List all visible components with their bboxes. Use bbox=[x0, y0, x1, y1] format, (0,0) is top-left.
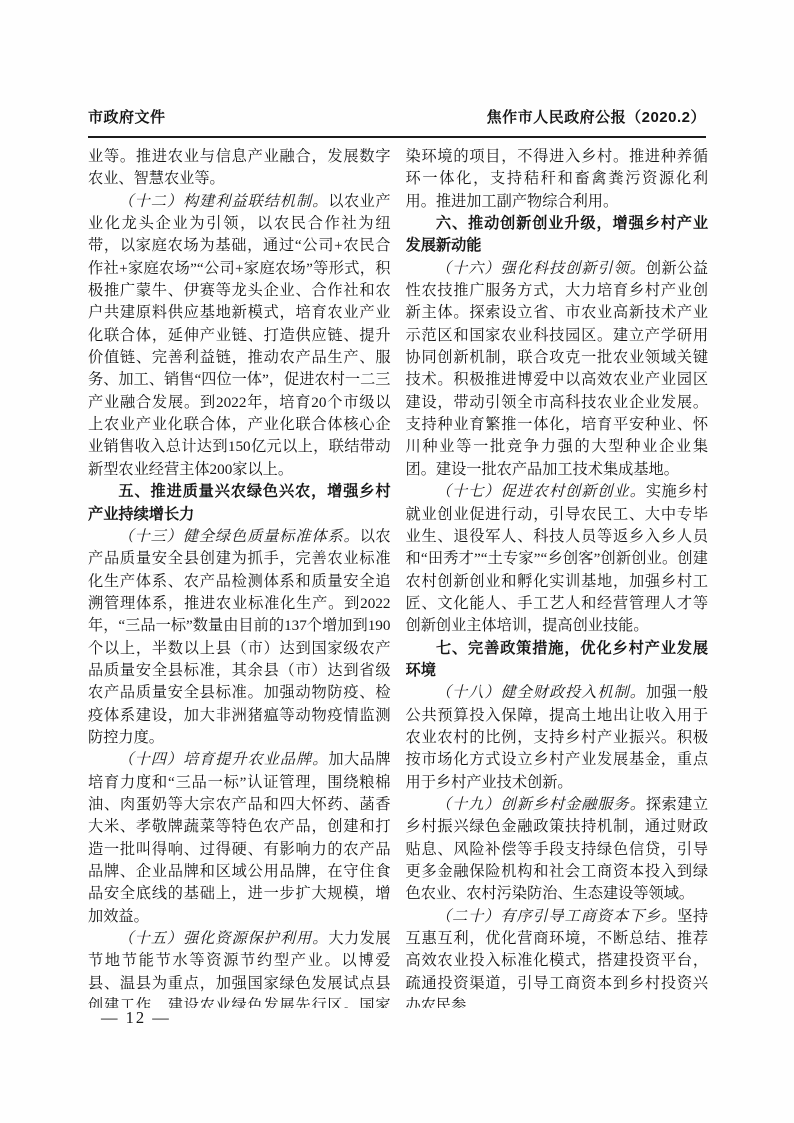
clause-lead: （十三）健全绿色质量标准体系。 bbox=[118, 528, 359, 545]
section-heading: 七、完善政策措施，优化乡村产业发展环境 bbox=[406, 638, 709, 683]
clause-lead: （十二）构建利益联结机制。 bbox=[118, 193, 328, 210]
page-header: 市政府文件 焦作市人民政府公报（2020.2） bbox=[88, 106, 706, 138]
clause-text: 加大品牌培育力度和“三品一标”认证管理，围绕粮棉油、肉蛋奶等大宗农产品和四大怀药… bbox=[88, 751, 391, 924]
left-column: 业等。推进农业与信息产业融合，发展数字农业、智慧农业等。 （十二）构建利益联结机… bbox=[88, 146, 391, 1008]
clause-paragraph: （十五）强化资源保护利用。大力发展节地节能节水等资源节约型产业。以博爱县、温县为… bbox=[88, 928, 391, 1008]
clause-paragraph: （二十）有序引导工商资本下乡。坚持互惠互利，优化营商环境，不断总结、推荐高效农业… bbox=[406, 906, 709, 1008]
header-left-title: 市政府文件 bbox=[88, 106, 166, 127]
page-number: — 12 — bbox=[101, 1008, 171, 1028]
gazette-page: 市政府文件 焦作市人民政府公报（2020.2） 业等。推进农业与信息产业融合，发… bbox=[0, 0, 794, 1123]
clause-text: 以农业产业化龙头企业为引领，以农民合作社为纽带，以家庭农场为基础，通过“公司+农… bbox=[88, 193, 391, 478]
clause-paragraph: （十三）健全绿色质量标准体系。以农产品质量安全县创建为抓手，完善农业标准化生产体… bbox=[88, 526, 391, 749]
paragraph-continuation: 业等。推进农业与信息产业融合，发展数字农业、智慧农业等。 bbox=[88, 146, 391, 191]
clause-paragraph: （十二）构建利益联结机制。以农业产业化龙头企业为引领，以农民合作社为纽带，以家庭… bbox=[88, 191, 391, 481]
clause-paragraph: （十六）强化科技创新引领。创新公益性农技推广服务方式，大力培育乡村产业创新主体。… bbox=[406, 258, 709, 481]
clause-text: 实施乡村就业创业促进行动，引导农民工、大中专毕业生、退役军人、科技人员等返乡入乡… bbox=[406, 483, 709, 634]
clause-lead: （十六）强化科技创新引领。 bbox=[436, 260, 646, 277]
clause-paragraph: （十八）健全财政投入机制。加强一般公共预算投入保障，提高土地出让收入用于农业农村… bbox=[406, 682, 709, 794]
clause-lead: （十八）健全财政投入机制。 bbox=[436, 684, 646, 701]
clause-lead: （十五）强化资源保护利用。 bbox=[118, 930, 328, 947]
clause-text: 以农产品质量安全县创建为抓手，完善农业标准化生产体系、农产品检测体系和质量安全追… bbox=[88, 528, 391, 746]
clause-lead: （十四）培育提升农业品牌。 bbox=[118, 751, 328, 768]
right-column: 染环境的项目，不得进入乡村。推进种养循环一体化，支持秸秆和畜禽粪污资源化利用。推… bbox=[406, 146, 709, 1008]
header-right-title: 焦作市人民政府公报（2020.2） bbox=[487, 106, 706, 127]
clause-lead: （二十）有序引导工商资本下乡。 bbox=[436, 908, 677, 925]
clause-paragraph: （十七）促进农村创新创业。实施乡村就业创业促进行动，引导农民工、大中专毕业生、退… bbox=[406, 481, 709, 637]
clause-paragraph: （十九）创新乡村金融服务。探索建立乡村振兴绿色金融政策扶持机制，通过财政贴息、风… bbox=[406, 794, 709, 906]
section-heading: 五、推进质量兴农绿色兴农，增强乡村产业持续增长力 bbox=[88, 481, 391, 526]
clause-lead: （十九）创新乡村金融服务。 bbox=[436, 796, 646, 813]
section-heading: 六、推动创新创业升级，增强乡村产业发展新动能 bbox=[406, 213, 709, 258]
clause-paragraph: （十四）培育提升农业品牌。加大品牌培育力度和“三品一标”认证管理，围绕粮棉油、肉… bbox=[88, 749, 391, 928]
clause-lead: （十七）促进农村创新创业。 bbox=[436, 483, 646, 500]
clause-text: 创新公益性农技推广服务方式，大力培育乡村产业创新主体。探索设立省、市农业高新技术… bbox=[406, 260, 709, 478]
two-column-body: 业等。推进农业与信息产业融合，发展数字农业、智慧农业等。 （十二）构建利益联结机… bbox=[88, 146, 708, 1008]
paragraph-continuation: 染环境的项目，不得进入乡村。推进种养循环一体化，支持秸秆和畜禽粪污资源化利用。推… bbox=[406, 146, 709, 213]
